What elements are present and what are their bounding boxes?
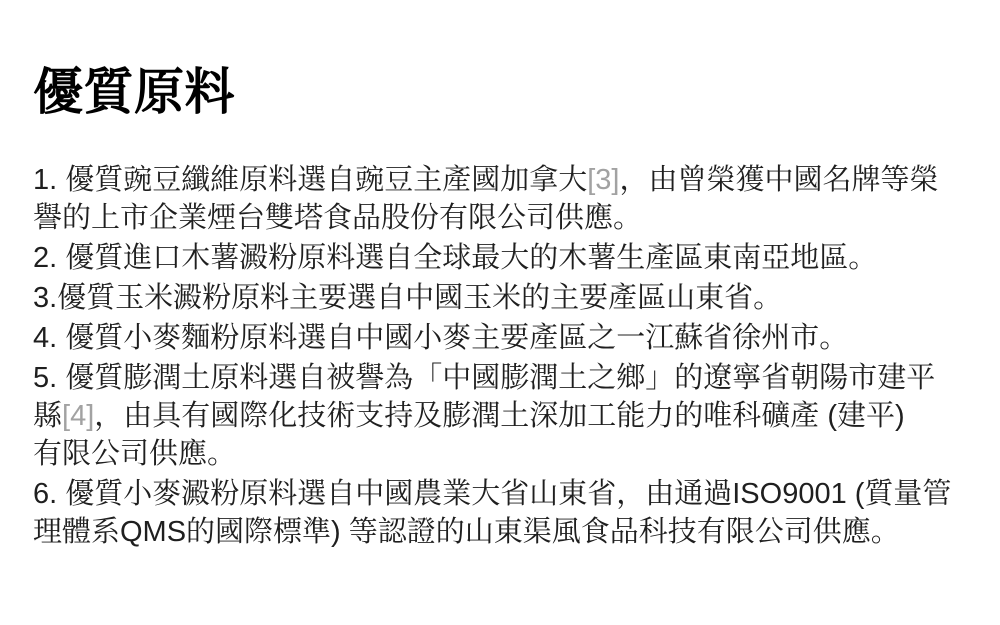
document-page: 優質原料 1. 優質豌豆纖維原料選自豌豆主產國加拿大[3]，由曾榮獲中國名牌等榮… bbox=[0, 0, 1000, 625]
item-text: 2. 優質進口木薯澱粉原料選自全球最大的木薯生產區東南亞地區。 bbox=[33, 242, 877, 274]
item-text: ，由曾榮獲中國名牌等榮 bbox=[620, 164, 939, 196]
item-text: 1. 優質豌豆纖維原料選自豌豆主產國加拿大 bbox=[33, 164, 587, 196]
citation-ref[interactable]: [4] bbox=[62, 400, 94, 432]
citation-ref[interactable]: [3] bbox=[587, 164, 619, 196]
list-item: 1. 優質豌豆纖維原料選自豌豆主產國加拿大[3]，由曾榮獲中國名牌等榮譽的上市企… bbox=[33, 161, 960, 237]
item-text: 5. 優質膨潤土原料選自被譽為「中國膨潤土之鄉」的遼寧省朝陽市建平 bbox=[33, 362, 935, 394]
item-text: 理體系QMS的國際標準) 等認證的山東渠風食品科技有限公司供應。 bbox=[33, 516, 900, 548]
list-item: 2. 優質進口木薯澱粉原料選自全球最大的木薯生產區東南亞地區。 bbox=[33, 239, 960, 277]
item-text: 縣 bbox=[33, 400, 62, 432]
item-text: 4. 優質小麥麵粉原料選自中國小麥主要產區之一江蘇省徐州市。 bbox=[33, 322, 848, 354]
item-text: 3.優質玉米澱粉原料主要選自中國玉米的主要產區山東省。 bbox=[33, 282, 782, 314]
list-item: 4. 優質小麥麵粉原料選自中國小麥主要產區之一江蘇省徐州市。 bbox=[33, 319, 960, 357]
list-item: 5. 優質膨潤土原料選自被譽為「中國膨潤土之鄉」的遼寧省朝陽市建平縣[4]，由具… bbox=[33, 359, 960, 473]
item-text: 6. 優質小麥澱粉原料選自中國農業大省山東省，由通過ISO9001 (質量管 bbox=[33, 478, 951, 510]
item-text: ，由具有國際化技術支持及膨潤土深加工能力的唯科礦產 (建平) bbox=[94, 400, 904, 432]
item-text: 譽的上市企業煙台雙塔食品股份有限公司供應。 bbox=[33, 202, 642, 234]
item-text: 有限公司供應。 bbox=[33, 438, 236, 470]
list-item: 3.優質玉米澱粉原料主要選自中國玉米的主要產區山東省。 bbox=[33, 279, 960, 317]
items-list: 1. 優質豌豆纖維原料選自豌豆主產國加拿大[3]，由曾榮獲中國名牌等榮譽的上市企… bbox=[33, 161, 960, 551]
page-title: 優質原料 bbox=[33, 62, 960, 122]
list-item: 6. 優質小麥澱粉原料選自中國農業大省山東省，由通過ISO9001 (質量管理體… bbox=[33, 475, 960, 551]
